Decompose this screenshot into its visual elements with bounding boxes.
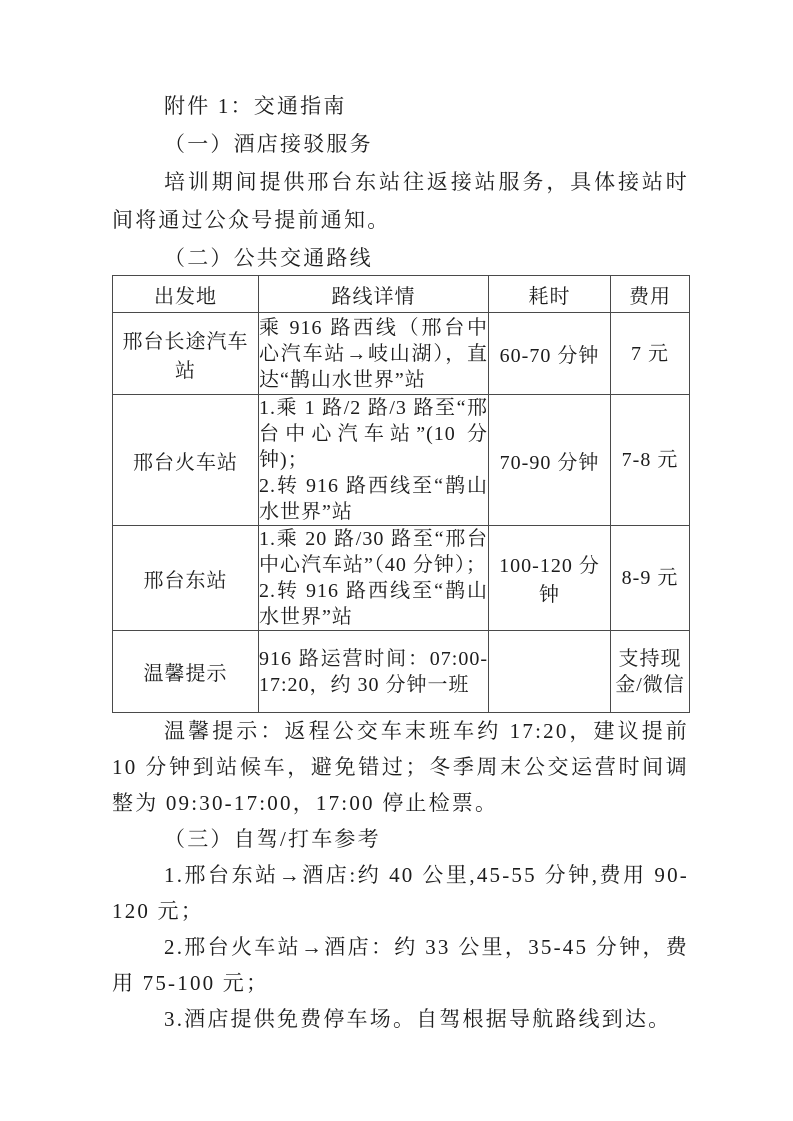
cell-duration: 100-120 分钟	[489, 526, 611, 631]
cell-duration: 70-90 分钟	[489, 395, 611, 526]
table-header-row: 出发地 路线详情 耗时 费用	[113, 276, 690, 313]
cost-text: 7 元	[611, 341, 689, 367]
document-page: 附件 1：交通指南 （一）酒店接驳服务 培训期间提供邢台东站往返接站服务，具体接…	[0, 0, 793, 1121]
route-step: 乘 916 路西线（邢台中心汽车站→岐山湖），直达“鹊山水世界”站	[259, 315, 488, 393]
cost-text: 8-9 元	[611, 565, 689, 591]
cell-departure: 邢台长途汽车站	[113, 313, 259, 395]
table-row-tips: 温馨提示 916 路运营时间：07:00-17:20，约 30 分钟一班 支持现…	[113, 631, 690, 713]
cell-route: 1.乘 1 路/2 路/3 路至“邢台中心汽车站”(10 分钟)； 2.转 91…	[259, 395, 489, 526]
cost-text: 7-8 元	[611, 447, 689, 473]
cell-cost: 7 元	[611, 313, 690, 395]
cell-departure: 邢台东站	[113, 526, 259, 631]
table-row-railway-station: 邢台火车站 1.乘 1 路/2 路/3 路至“邢台中心汽车站”(10 分钟)； …	[113, 395, 690, 526]
cell-cost: 支持现金/微信	[611, 631, 690, 713]
section1-heading: （一）酒店接驳服务	[112, 125, 689, 163]
column-header-departure: 出发地	[113, 276, 259, 313]
table-row-east-station: 邢台东站 1.乘 20 路/30 路至“邢台中心汽车站”（40 分钟）； 2.转…	[113, 526, 690, 631]
route-step: 1.乘 1 路/2 路/3 路至“邢台中心汽车站”(10 分钟)；	[259, 395, 488, 473]
column-header-route: 路线详情	[259, 276, 489, 313]
section3-item-3: 3.酒店提供免费停车场。自驾根据导航路线到达。	[112, 1001, 689, 1037]
cost-text: 支持现金/微信	[611, 646, 689, 698]
route-step: 2.转 916 路西线至“鹊山水世界”站	[259, 578, 488, 630]
column-header-duration: 耗时	[489, 276, 611, 313]
cell-departure: 邢台火车站	[113, 395, 259, 526]
section2-heading: （二）公共交通路线	[112, 239, 689, 277]
section1-paragraph: 培训期间提供邢台东站往返接站服务，具体接站时间将通过公众号提前通知。	[112, 163, 689, 239]
document-content: 附件 1：交通指南 （一）酒店接驳服务 培训期间提供邢台东站往返接站服务，具体接…	[112, 87, 689, 1037]
column-header-cost: 费用	[611, 276, 690, 313]
cell-route: 1.乘 20 路/30 路至“邢台中心汽车站”（40 分钟）； 2.转 916 …	[259, 526, 489, 631]
tips-paragraph: 温馨提示：返程公交车末班车约 17:20，建议提前 10 分钟到站候车，避免错过…	[112, 713, 689, 821]
cell-route: 916 路运营时间：07:00-17:20，约 30 分钟一班	[259, 631, 489, 713]
route-step: 1.乘 20 路/30 路至“邢台中心汽车站”（40 分钟）；	[259, 526, 488, 578]
cell-cost: 7-8 元	[611, 395, 690, 526]
cell-departure: 温馨提示	[113, 631, 259, 713]
section3-item-2: 2.邢台火车站→酒店：约 33 公里，35-45 分钟，费用 75-100 元；	[112, 929, 689, 1001]
route-step: 916 路运营时间：07:00-17:20，约 30 分钟一班	[259, 646, 488, 698]
route-step: 2.转 916 路西线至“鹊山水世界”站	[259, 473, 488, 525]
section3-heading: （三）自驾/打车参考	[112, 821, 689, 857]
cell-route: 乘 916 路西线（邢台中心汽车站→岐山湖），直达“鹊山水世界”站	[259, 313, 489, 395]
table-row-coach-station: 邢台长途汽车站 乘 916 路西线（邢台中心汽车站→岐山湖），直达“鹊山水世界”…	[113, 313, 690, 395]
cell-cost: 8-9 元	[611, 526, 690, 631]
cell-duration: 60-70 分钟	[489, 313, 611, 395]
cell-duration	[489, 631, 611, 713]
section3-item-1: 1.邢台东站→酒店:约 40 公里,45-55 分钟,费用 90-120 元；	[112, 857, 689, 929]
attachment-title: 附件 1：交通指南	[112, 87, 689, 125]
public-transport-table: 出发地 路线详情 耗时 费用 邢台长途汽车站 乘 916 路西线（邢台中心汽车站…	[112, 275, 690, 713]
